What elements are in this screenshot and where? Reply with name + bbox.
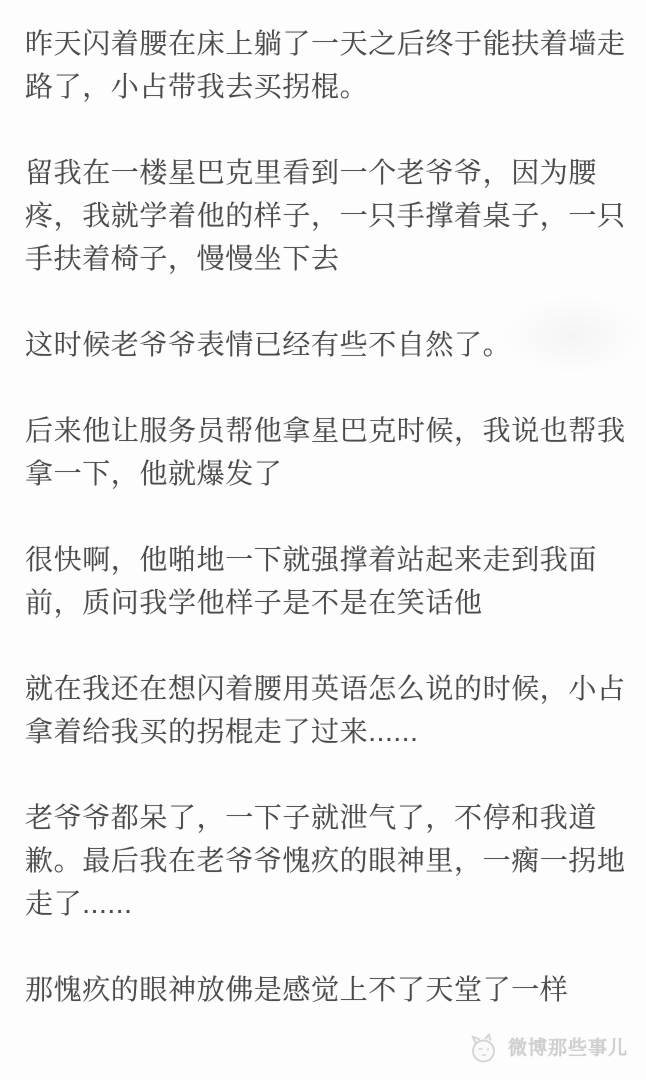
watermark-label: 微博那些事儿 — [508, 1033, 628, 1065]
story-line: 前，质问我学他样子是不是在笑话他 — [25, 581, 625, 624]
story-line: 拿着给我买的拐棍走了过来...... — [25, 710, 625, 753]
story-text: 昨天闪着腰在床上躺了一天之后终于能扶着墙走 路了，小占带我去买拐棍。 留我在一楼… — [25, 22, 625, 1011]
story-line: 昨天闪着腰在床上躺了一天之后终于能扶着墙走 — [25, 22, 625, 65]
story-line: 疼，我就学着他的样子，一只手撑着桌子，一只 — [25, 194, 625, 237]
watermark: 微博那些事儿 — [469, 1033, 628, 1065]
story-line: 歉。最后我在老爷爷愧疚的眼神里，一瘸一拐地 — [25, 839, 625, 882]
post-screenshot: { "page": { "background": "#fdfdfd", "te… — [0, 0, 646, 1080]
story-line: 手扶着椅子，慢慢坐下去 — [25, 237, 625, 280]
story-line: 走了...... — [25, 882, 625, 925]
story-paragraph: 就在我还在想闪着腰用英语怎么说的时候，小占 拿着给我买的拐棍走了过来...... — [25, 667, 625, 753]
story-paragraph: 后来他让服务员帮他拿星巴克时候，我说也帮我 拿一下，他就爆发了 — [25, 409, 625, 495]
story-paragraph: 留我在一楼星巴克里看到一个老爷爷，因为腰 疼，我就学着他的样子，一只手撑着桌子，… — [25, 151, 625, 280]
story-paragraph: 这时候老爷爷表情已经有些不自然了。 — [25, 323, 625, 366]
story-line: 就在我还在想闪着腰用英语怎么说的时候，小占 — [25, 667, 625, 710]
story-paragraph: 那愧疚的眼神放佛是感觉上不了天堂了一样 — [25, 968, 625, 1011]
story-line: 后来他让服务员帮他拿星巴克时候，我说也帮我 — [25, 409, 625, 452]
story-line: 很快啊，他啪地一下就强撑着站起来走到我面 — [25, 538, 625, 581]
story-line: 路了，小占带我去买拐棍。 — [25, 65, 625, 108]
story-paragraph: 很快啊，他啪地一下就强撑着站起来走到我面 前，质问我学他样子是不是在笑话他 — [25, 538, 625, 624]
story-line: 这时候老爷爷表情已经有些不自然了。 — [25, 323, 625, 366]
story-paragraph: 昨天闪着腰在床上躺了一天之后终于能扶着墙走 路了，小占带我去买拐棍。 — [25, 22, 625, 108]
cat-face-logo-icon — [469, 1033, 501, 1065]
story-paragraph: 老爷爷都呆了，一下子就泄气了，不停和我道 歉。最后我在老爷爷愧疚的眼神里，一瘸一… — [25, 796, 625, 925]
story-line: 老爷爷都呆了，一下子就泄气了，不停和我道 — [25, 796, 625, 839]
story-line: 拿一下，他就爆发了 — [25, 452, 625, 495]
story-line: 那愧疚的眼神放佛是感觉上不了天堂了一样 — [25, 968, 625, 1011]
story-line: 留我在一楼星巴克里看到一个老爷爷，因为腰 — [25, 151, 625, 194]
